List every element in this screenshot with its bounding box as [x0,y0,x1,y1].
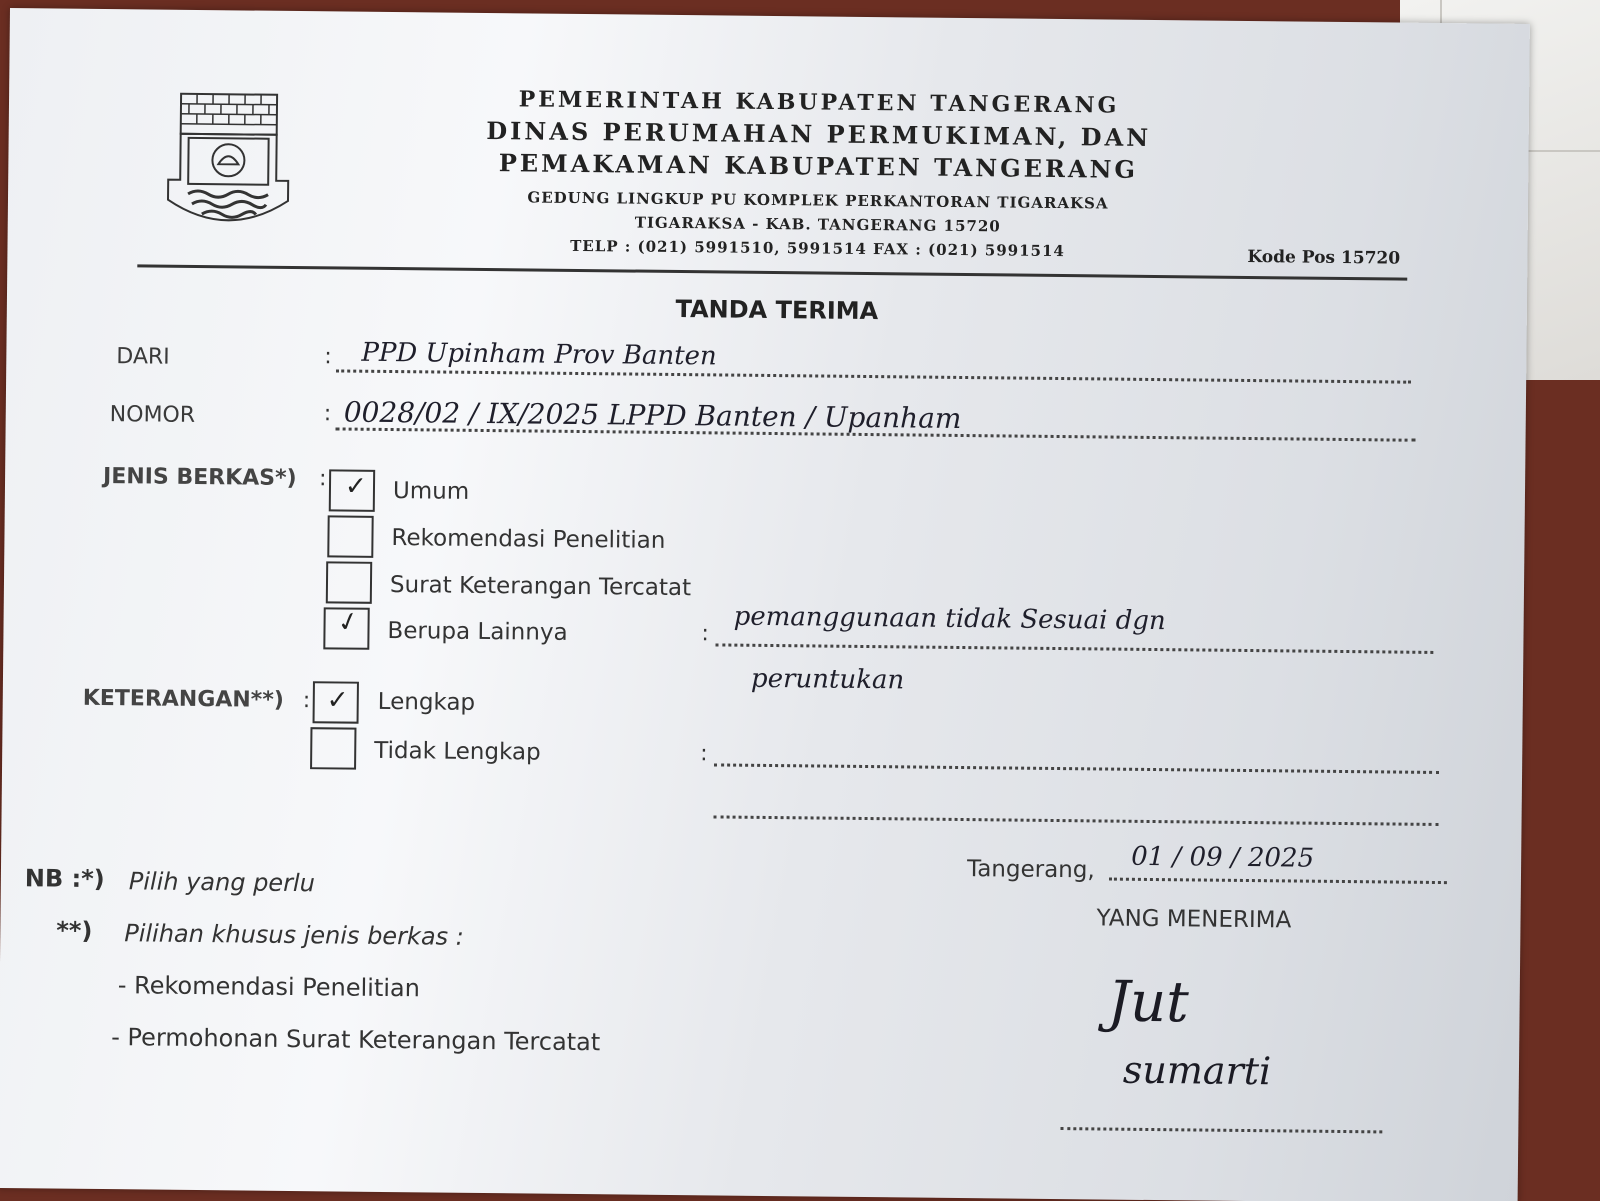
signature-name: sumarti [1123,1048,1272,1094]
signature-name-field[interactable] [1060,1127,1382,1133]
note-item-2: - Permohonan Surat Keterangan Tercatat [111,1023,600,1056]
dari-field[interactable] [336,369,1411,383]
lainnya-value-line-2: peruntukan [751,664,904,696]
nb-label: NB :*) [25,864,105,893]
check-icon: ✓ [345,474,367,500]
signature-mark: Jut [1107,970,1189,1036]
dari-label: DARI [116,344,170,370]
signature-role: YANG MENERIMA [1096,905,1291,933]
lengkap-checkbox[interactable]: ✓ [313,681,359,723]
keterangan-colon: : [303,688,311,713]
keterangan-label: KETERANGAN**) [83,686,284,713]
regency-coat-of-arms-icon [158,90,300,241]
check-icon: ✓ [335,607,363,638]
nb2-text: Pilihan khusus jenis berkas : [124,919,464,951]
tidak-lengkap-field-2[interactable] [714,815,1439,826]
berupa-lainnya-checkbox[interactable]: ✓ [323,607,369,649]
nb-text: Pilih yang perlu [129,867,315,897]
umum-option-label: Umum [393,478,470,505]
nomor-value: 0028/02 / IX/2025 LPPD Banten / Upanham [344,396,962,435]
tidak-lengkap-colon: : [700,741,708,766]
nomor-colon: : [324,401,332,426]
jenis-berkas-label: JENIS BERKAS*) [103,464,297,491]
letterhead-divider [137,264,1407,280]
tidak-lengkap-option-label: Tidak Lengkap [374,738,541,766]
letterhead: PEMERINTAH KABUPATEN TANGERANG DINAS PER… [447,83,1189,265]
surat-keterangan-tercatat-checkbox[interactable] [326,561,372,603]
letterhead-line-3: PEMAKAMAN KABUPATEN TANGERANG [448,147,1188,187]
rekomendasi-penelitian-option-label: Rekomendasi Penelitian [391,525,665,554]
lainnya-field[interactable] [715,643,1433,654]
postal-code: Kode Pos 15720 [1247,247,1400,269]
tidak-lengkap-field-1[interactable] [714,763,1439,774]
rekomendasi-penelitian-checkbox[interactable] [327,515,373,557]
signature-date-field[interactable] [1109,878,1447,885]
umum-checkbox[interactable]: ✓ [329,469,375,511]
nomor-label: NOMOR [110,402,196,428]
dari-colon: : [324,344,332,369]
surat-keterangan-tercatat-option-label: Surat Keterangan Tercatat [390,572,691,601]
lainnya-value-line-1: pemanggunaan tidak Sesuai dgn [734,602,1166,637]
dari-value: PPD Upinham Prov Banten [361,338,717,372]
signature-place: Tangerang, [967,856,1095,883]
lengkap-option-label: Lengkap [378,689,476,716]
note-item-1: - Rekomendasi Penelitian [118,971,420,1002]
signature-date: 01 / 09 / 2025 [1131,842,1314,874]
receipt-document: PEMERINTAH KABUPATEN TANGERANG DINAS PER… [0,8,1530,1201]
berupa-lainnya-option-label: Berupa Lainnya [387,618,567,646]
tidak-lengkap-checkbox[interactable] [310,727,356,769]
jenis-berkas-colon: : [319,466,327,491]
lainnya-colon: : [701,621,709,646]
check-icon: ✓ [327,687,349,713]
nb2-label: **) [56,917,92,945]
form-title: TANDA TERIMA [7,288,1547,332]
